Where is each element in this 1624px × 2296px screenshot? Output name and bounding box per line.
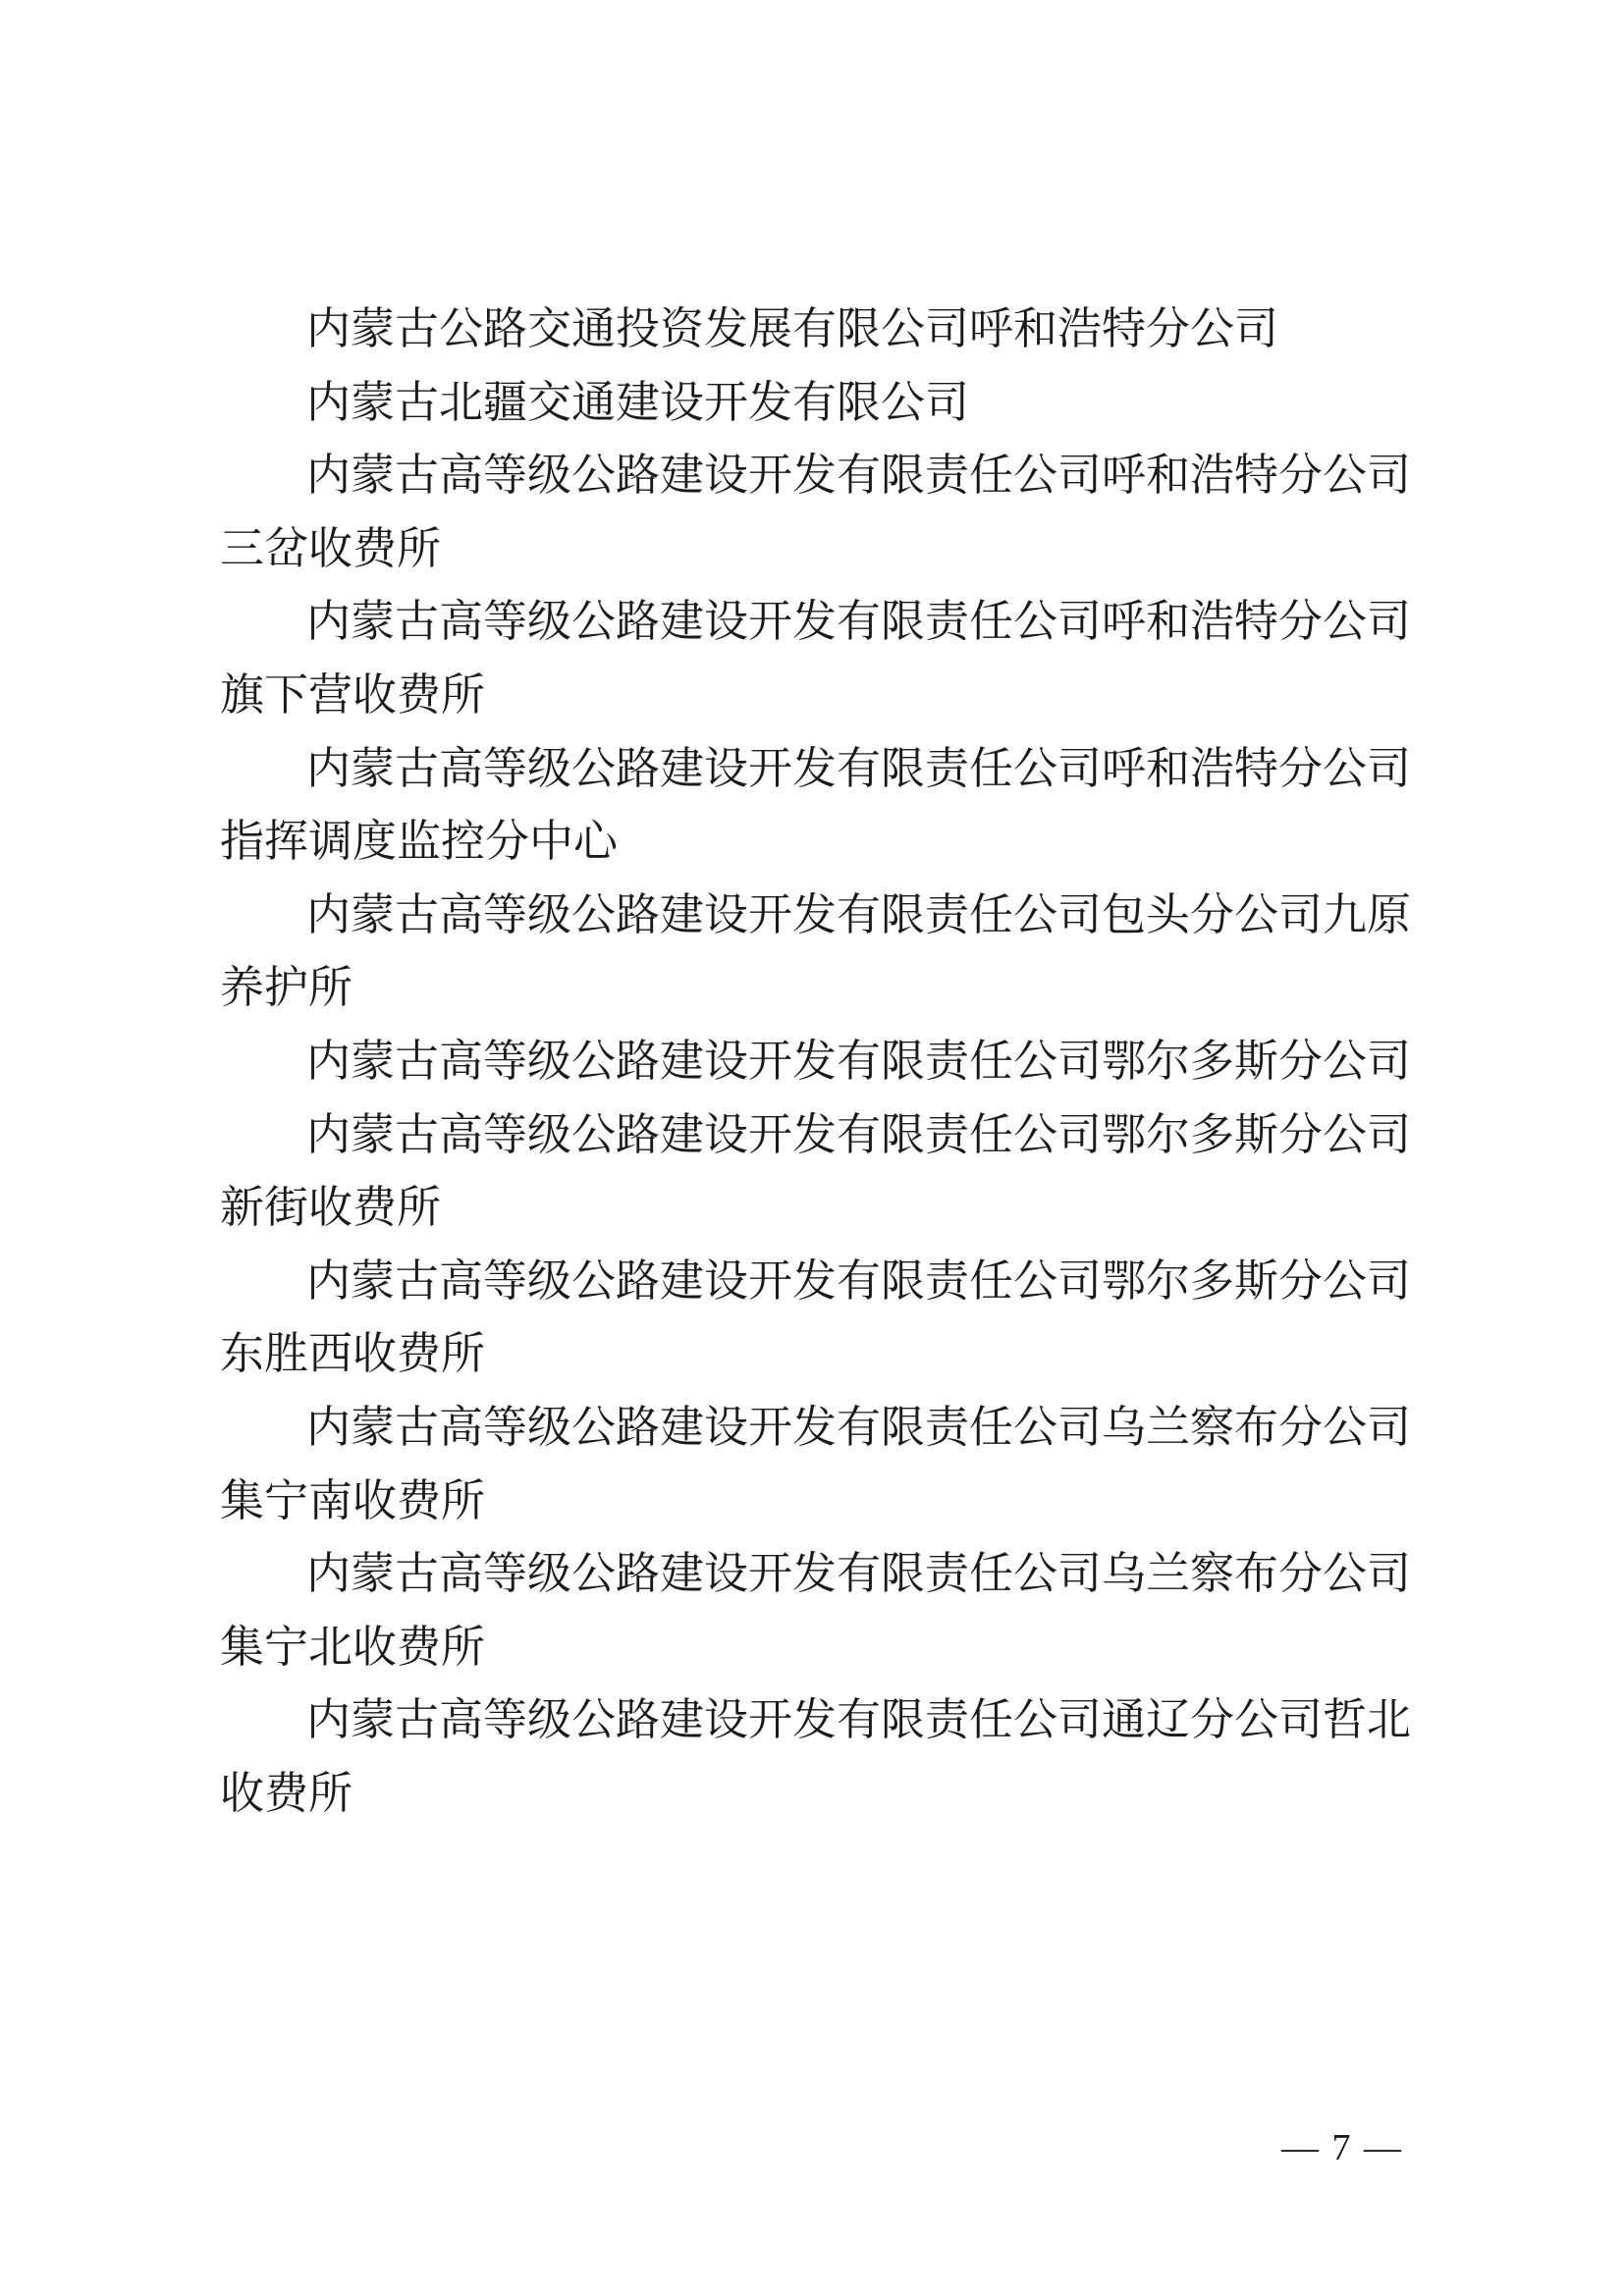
document-body: 内蒙古公路交通投资发展有限公司呼和浩特分公司内蒙古北疆交通建设开发有限公司内蒙古… — [220, 293, 1422, 1830]
document-line: 内蒙古公路交通投资发展有限公司呼和浩特分公司 — [220, 293, 1422, 366]
document-line: 内蒙古高等级公路建设开发有限责任公司呼和浩特分公司 — [220, 439, 1422, 512]
document-line: 东胜西收费所 — [220, 1317, 1422, 1391]
document-line: 收费所 — [220, 1757, 1422, 1831]
document-line: 内蒙古北疆交通建设开发有限公司 — [220, 366, 1422, 440]
document-line: 内蒙古高等级公路建设开发有限责任公司包头分公司九原 — [220, 879, 1422, 952]
document-line: 养护所 — [220, 951, 1422, 1025]
document-line: 三岔收费所 — [220, 512, 1422, 586]
document-line: 集宁北收费所 — [220, 1611, 1422, 1684]
document-line: 内蒙古高等级公路建设开发有限责任公司鄂尔多斯分公司 — [220, 1245, 1422, 1318]
page-number: — 7 — — [1281, 2123, 1403, 2172]
document-line: 内蒙古高等级公路建设开发有限责任公司乌兰察布分公司 — [220, 1391, 1422, 1465]
document-line: 内蒙古高等级公路建设开发有限责任公司鄂尔多斯分公司 — [220, 1098, 1422, 1172]
document-line: 内蒙古高等级公路建设开发有限责任公司呼和浩特分公司 — [220, 732, 1422, 806]
document-line: 指挥调度监控分中心 — [220, 805, 1422, 879]
document-line: 内蒙古高等级公路建设开发有限责任公司乌兰察布分公司 — [220, 1537, 1422, 1611]
document-line: 内蒙古高等级公路建设开发有限责任公司呼和浩特分公司 — [220, 585, 1422, 659]
document-page: 内蒙古公路交通投资发展有限公司呼和浩特分公司内蒙古北疆交通建设开发有限公司内蒙古… — [0, 0, 1624, 2296]
document-line: 旗下营收费所 — [220, 659, 1422, 732]
document-line: 集宁南收费所 — [220, 1465, 1422, 1538]
document-line: 内蒙古高等级公路建设开发有限责任公司通辽分公司哲北 — [220, 1683, 1422, 1757]
document-line: 内蒙古高等级公路建设开发有限责任公司鄂尔多斯分公司 — [220, 1025, 1422, 1098]
document-line: 新街收费所 — [220, 1171, 1422, 1245]
